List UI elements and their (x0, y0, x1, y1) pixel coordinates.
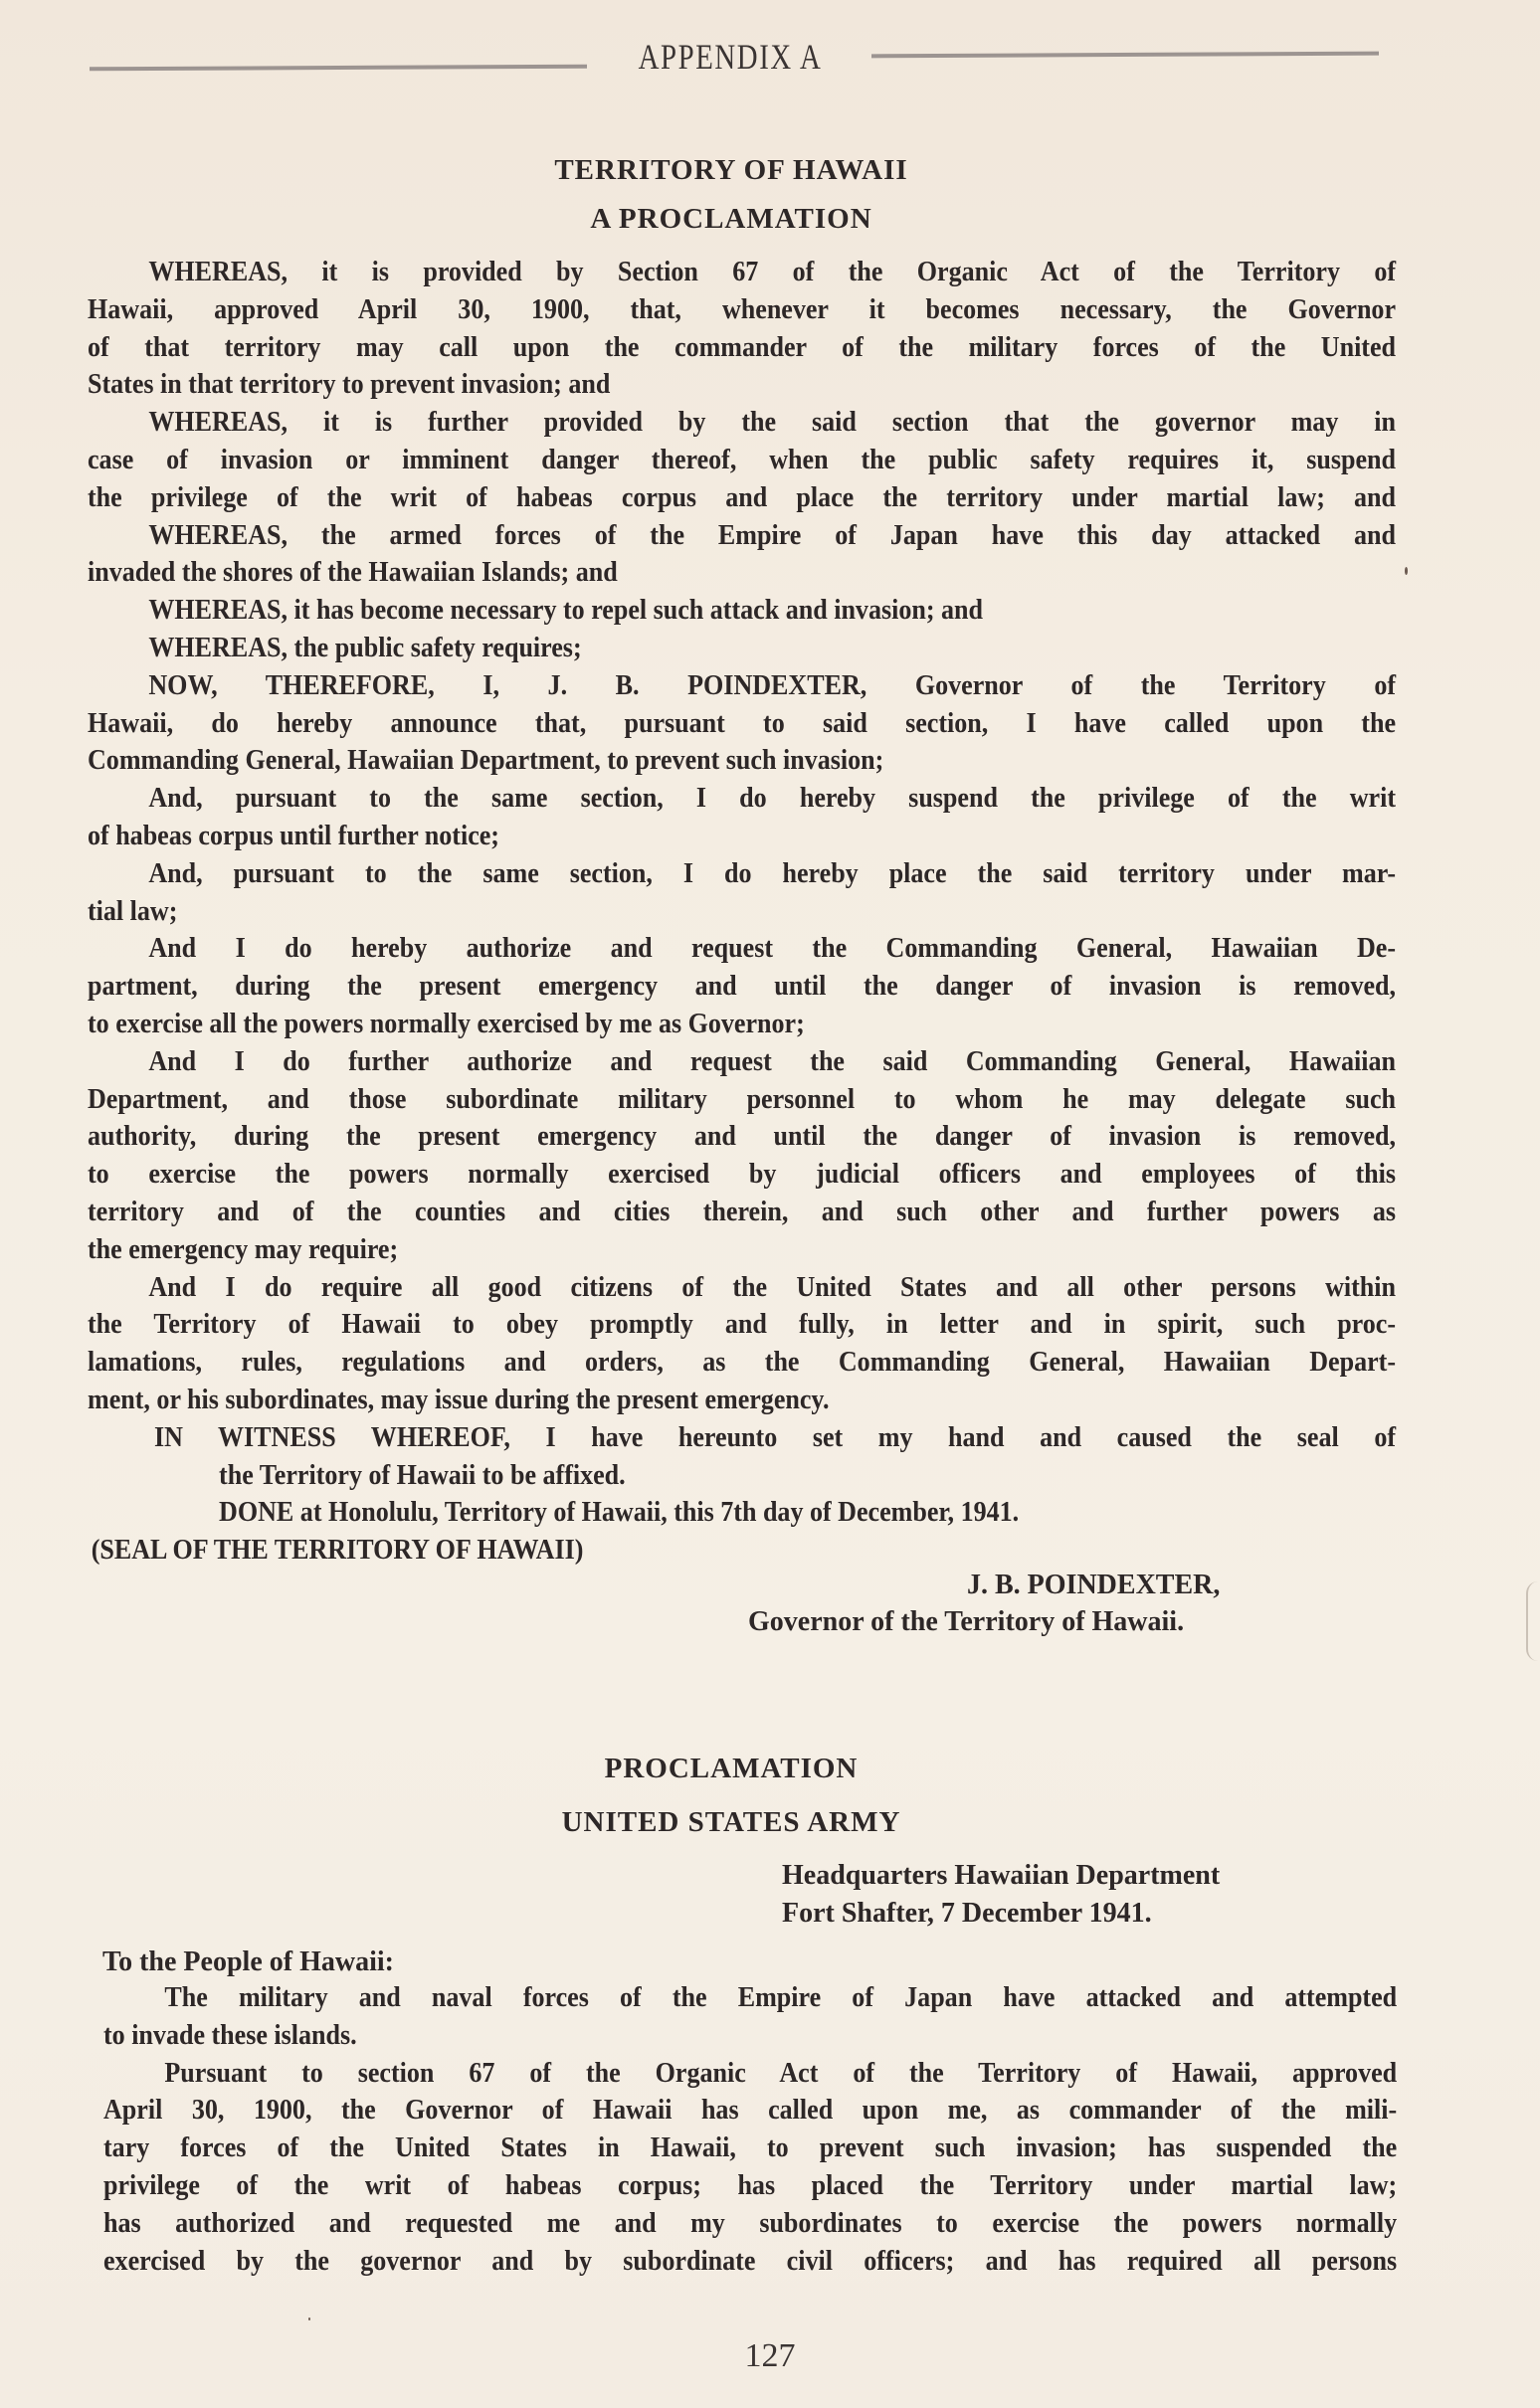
text-line: invaded the shores of the Hawaiian Islan… (88, 554, 1396, 592)
text-line: WHEREAS, the armed forces of the Empire … (88, 517, 1396, 555)
text-line: partment, during the present emergency a… (88, 968, 1396, 1006)
text-line: exercised by the governor and by subordi… (103, 2243, 1397, 2281)
proclamation-1-subtitle: A PROCLAMATION (0, 201, 1462, 238)
location-line-2: Fort Shafter, 7 December 1941. (782, 1895, 1152, 1932)
paper-speck (308, 2317, 310, 2320)
text-line: tial law; (88, 893, 1396, 931)
signature-title: Governor of the Territory of Hawaii. (748, 1603, 1184, 1640)
text-line: authority, during the present emergency … (88, 1118, 1396, 1156)
header-rule-left (90, 65, 587, 72)
text-line: the Territory of Hawaii to be affixed. (88, 1457, 1396, 1495)
text-line: to exercise the powers normally exercise… (88, 1156, 1396, 1194)
text-line: case of invasion or imminent danger ther… (88, 442, 1396, 479)
proclamation-1-body: WHEREAS, it is provided by Section 67 of… (88, 254, 1396, 1570)
text-line: WHEREAS, the public safety requires; (88, 630, 1396, 667)
text-line: IN WITNESS WHEREOF, I have hereunto set … (88, 1419, 1396, 1457)
text-line: the Territory of Hawaii to obey promptly… (88, 1306, 1396, 1344)
text-line: privilege of the writ of habeas corpus; … (103, 2167, 1397, 2205)
location-line-1: Headquarters Hawaiian Department (782, 1857, 1220, 1894)
salutation: To the People of Hawaii: (102, 1944, 394, 1980)
page-number: 127 (710, 2337, 830, 2375)
proclamation-2-title: PROCLAMATION (0, 1751, 1462, 1787)
text-line: Hawaii, do hereby announce that, pursuan… (88, 705, 1396, 743)
text-line: WHEREAS, it is provided by Section 67 of… (88, 254, 1396, 291)
text-line: the privilege of the writ of habeas corp… (88, 479, 1396, 517)
text-line: DONE at Honolulu, Territory of Hawaii, t… (88, 1494, 1396, 1532)
text-line: to invade these islands. (103, 2017, 1397, 2055)
text-line: WHEREAS, it has become necessary to repe… (88, 592, 1396, 630)
appendix-title: APPENDIX A (617, 36, 843, 78)
book-page: APPENDIX A TERRITORY OF HAWAII A PROCLAM… (0, 0, 1540, 2408)
text-line: And I do hereby authorize and request th… (88, 930, 1396, 968)
text-line: the emergency may require; (88, 1231, 1396, 1269)
text-line: And I do further authorize and request t… (88, 1043, 1396, 1081)
text-line: April 30, 1900, the Governor of Hawaii h… (103, 2092, 1397, 2130)
page-edge-mark (1526, 1581, 1540, 1661)
text-line: States in that territory to prevent inva… (88, 366, 1396, 404)
signature-name: J. B. POINDEXTER, (967, 1567, 1220, 1603)
text-line: The military and naval forces of the Emp… (103, 1979, 1397, 2017)
text-line: tary forces of the United States in Hawa… (103, 2130, 1397, 2167)
text-line: of habeas corpus until further notice; (88, 818, 1396, 855)
text-line: to exercise all the powers normally exer… (88, 1006, 1396, 1043)
text-line: Pursuant to section 67 of the Organic Ac… (103, 2055, 1397, 2093)
text-line: ment, or his subordinates, may issue dur… (88, 1382, 1396, 1419)
header-rule-right (871, 52, 1379, 59)
text-line: WHEREAS, it is further provided by the s… (88, 404, 1396, 442)
proclamation-2-body: The military and naval forces of the Emp… (103, 1979, 1397, 2280)
text-line: And, pursuant to the same section, I do … (88, 855, 1396, 893)
text-line: Department, and those subordinate milita… (88, 1081, 1396, 1119)
running-header: APPENDIX A (90, 36, 1383, 76)
text-line: And I do require all good citizens of th… (88, 1269, 1396, 1307)
text-line: has authorized and requested me and my s… (103, 2205, 1397, 2243)
text-line: NOW, THEREFORE, I, J. B. POINDEXTER, Gov… (88, 667, 1396, 705)
seal-notation: (SEAL OF THE TERRITORY OF HAWAII) (88, 1532, 1396, 1570)
paper-speck (1405, 567, 1408, 575)
proclamation-1-title: TERRITORY OF HAWAII (0, 152, 1462, 189)
text-line: Hawaii, approved April 30, 1900, that, w… (88, 291, 1396, 329)
text-line: And, pursuant to the same section, I do … (88, 780, 1396, 818)
text-line: lamations, rules, regulations and orders… (88, 1344, 1396, 1382)
text-line: territory and of the counties and cities… (88, 1194, 1396, 1231)
text-line: Commanding General, Hawaiian Department,… (88, 742, 1396, 780)
text-line: of that territory may call upon the comm… (88, 329, 1396, 367)
proclamation-2-subtitle: UNITED STATES ARMY (0, 1804, 1462, 1841)
